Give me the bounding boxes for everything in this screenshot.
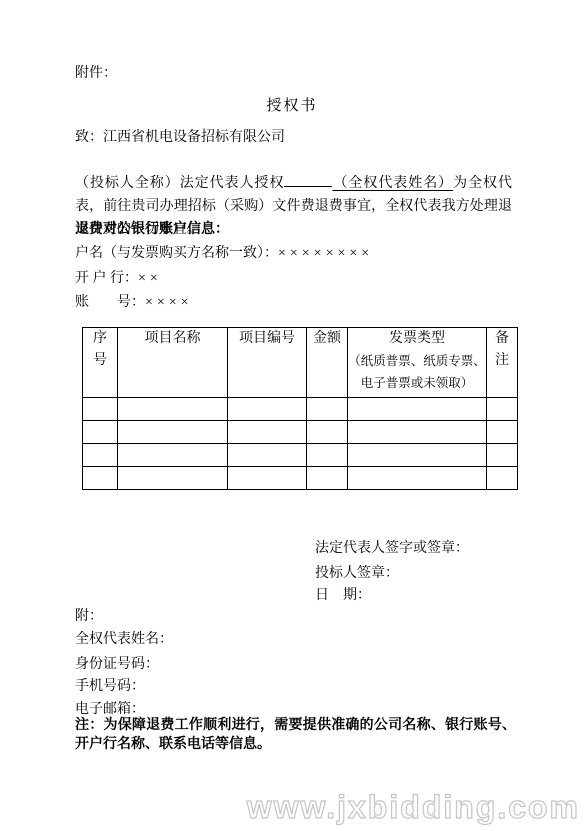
header-line: 金额 bbox=[307, 328, 347, 350]
header-line: （纸质普票、纸质专票、 bbox=[348, 350, 486, 372]
account-number-line: 账 号：×××× bbox=[75, 293, 193, 313]
table-empty-cell bbox=[487, 398, 518, 421]
watermark-text: www.jxbidding.com bbox=[247, 789, 580, 826]
table-empty-cell bbox=[83, 398, 118, 421]
recipient-line: 致：江西省机电设备招标有限公司 bbox=[75, 128, 285, 148]
table-empty-cell bbox=[228, 467, 307, 490]
table-empty-cell bbox=[348, 398, 487, 421]
account-name-label: 户名（与发票购买方名称一致）： bbox=[75, 246, 278, 261]
table-empty-row bbox=[83, 398, 518, 421]
table-empty-row bbox=[83, 444, 518, 467]
table-empty-cell bbox=[118, 398, 228, 421]
signature-legal-rep-line: 法定代表人签字或签章： bbox=[315, 539, 469, 559]
account-number-label: 账 号： bbox=[75, 295, 145, 310]
table-empty-cell bbox=[118, 421, 228, 444]
table-empty-cell bbox=[487, 421, 518, 444]
header-remarks: 备 注 bbox=[487, 328, 518, 398]
note-text: 注：为保障退费工作顺利进行，需要提供准确的公司名称、银行账号、开户行名称、联系电… bbox=[75, 716, 516, 754]
appendix-field-phone: 手机号码： bbox=[75, 677, 145, 697]
bank-branch-value: ×× bbox=[138, 271, 162, 286]
table-empty-cell bbox=[307, 398, 348, 421]
table-empty-cell bbox=[83, 467, 118, 490]
table-empty-cell bbox=[348, 467, 487, 490]
header-line: 号 bbox=[83, 350, 117, 372]
table-empty-cell bbox=[348, 421, 487, 444]
table-empty-cell bbox=[348, 444, 487, 467]
document-title: 授权书 bbox=[0, 96, 584, 116]
header-project-number: 项目编号 bbox=[228, 328, 307, 398]
bank-branch-line: 开 户 行：×× bbox=[75, 269, 162, 289]
table-empty-cell bbox=[118, 444, 228, 467]
table-header-row: 序 号 项目名称 项目编号 金额 发票类型 （纸质普票、纸质专票、 电子普票或未… bbox=[83, 328, 518, 398]
header-line: 注 bbox=[487, 350, 517, 372]
bank-info-heading: 退费对公银行账户信息： bbox=[75, 220, 229, 240]
account-number-value: ×××× bbox=[145, 295, 193, 310]
table-empty-cell bbox=[83, 444, 118, 467]
account-name-line: 户名（与发票购买方名称一致）：×××××××× bbox=[75, 244, 373, 264]
header-line: 项目名称 bbox=[118, 328, 227, 350]
header-project-name: 项目名称 bbox=[118, 328, 228, 398]
table-empty-cell bbox=[83, 421, 118, 444]
header-line: 电子普票或未领取） bbox=[348, 372, 486, 394]
header-invoice-type: 发票类型 （纸质普票、纸质专票、 电子普票或未领取） bbox=[348, 328, 487, 398]
header-line: 序 bbox=[83, 328, 117, 350]
table-empty-cell bbox=[228, 444, 307, 467]
table-empty-cell bbox=[228, 421, 307, 444]
appendix-field-rep-name: 全权代表姓名： bbox=[75, 630, 173, 650]
appendix-field-id-number: 身份证号码： bbox=[75, 655, 159, 675]
signature-bidder-seal-line: 投标人签章： bbox=[315, 564, 399, 584]
appendix-label: 附： bbox=[75, 607, 103, 627]
signature-date-line: 日 期： bbox=[315, 586, 371, 606]
table-empty-cell bbox=[228, 398, 307, 421]
refund-table: 序 号 项目名称 项目编号 金额 发票类型 （纸质普票、纸质专票、 电子普票或未… bbox=[82, 327, 518, 490]
table-empty-row bbox=[83, 467, 518, 490]
header-line: 备 bbox=[487, 328, 517, 350]
header-line: 发票类型 bbox=[348, 328, 486, 350]
header-line: 项目编号 bbox=[228, 328, 306, 350]
attachment-label: 附件： bbox=[75, 64, 117, 84]
authorized-name-underlined: （全权代表姓名） bbox=[332, 176, 453, 191]
table-empty-cell bbox=[307, 467, 348, 490]
table-empty-cell bbox=[487, 444, 518, 467]
bank-branch-label: 开 户 行： bbox=[75, 271, 138, 286]
account-name-value: ×××××××× bbox=[278, 246, 373, 261]
header-amount: 金额 bbox=[307, 328, 348, 398]
table-empty-row bbox=[83, 421, 518, 444]
table-empty-cell bbox=[487, 467, 518, 490]
table-empty-cell bbox=[118, 467, 228, 490]
table-empty-cell bbox=[307, 421, 348, 444]
authorization-part1: （投标人全称）法定代表人授权 bbox=[75, 176, 284, 191]
table-empty-cell bbox=[307, 444, 348, 467]
blank-underline bbox=[284, 173, 332, 187]
header-serial-number: 序 号 bbox=[83, 328, 118, 398]
document-page: 附件： 授权书 致：江西省机电设备招标有限公司 （投标人全称）法定代表人授权（全… bbox=[0, 0, 584, 831]
